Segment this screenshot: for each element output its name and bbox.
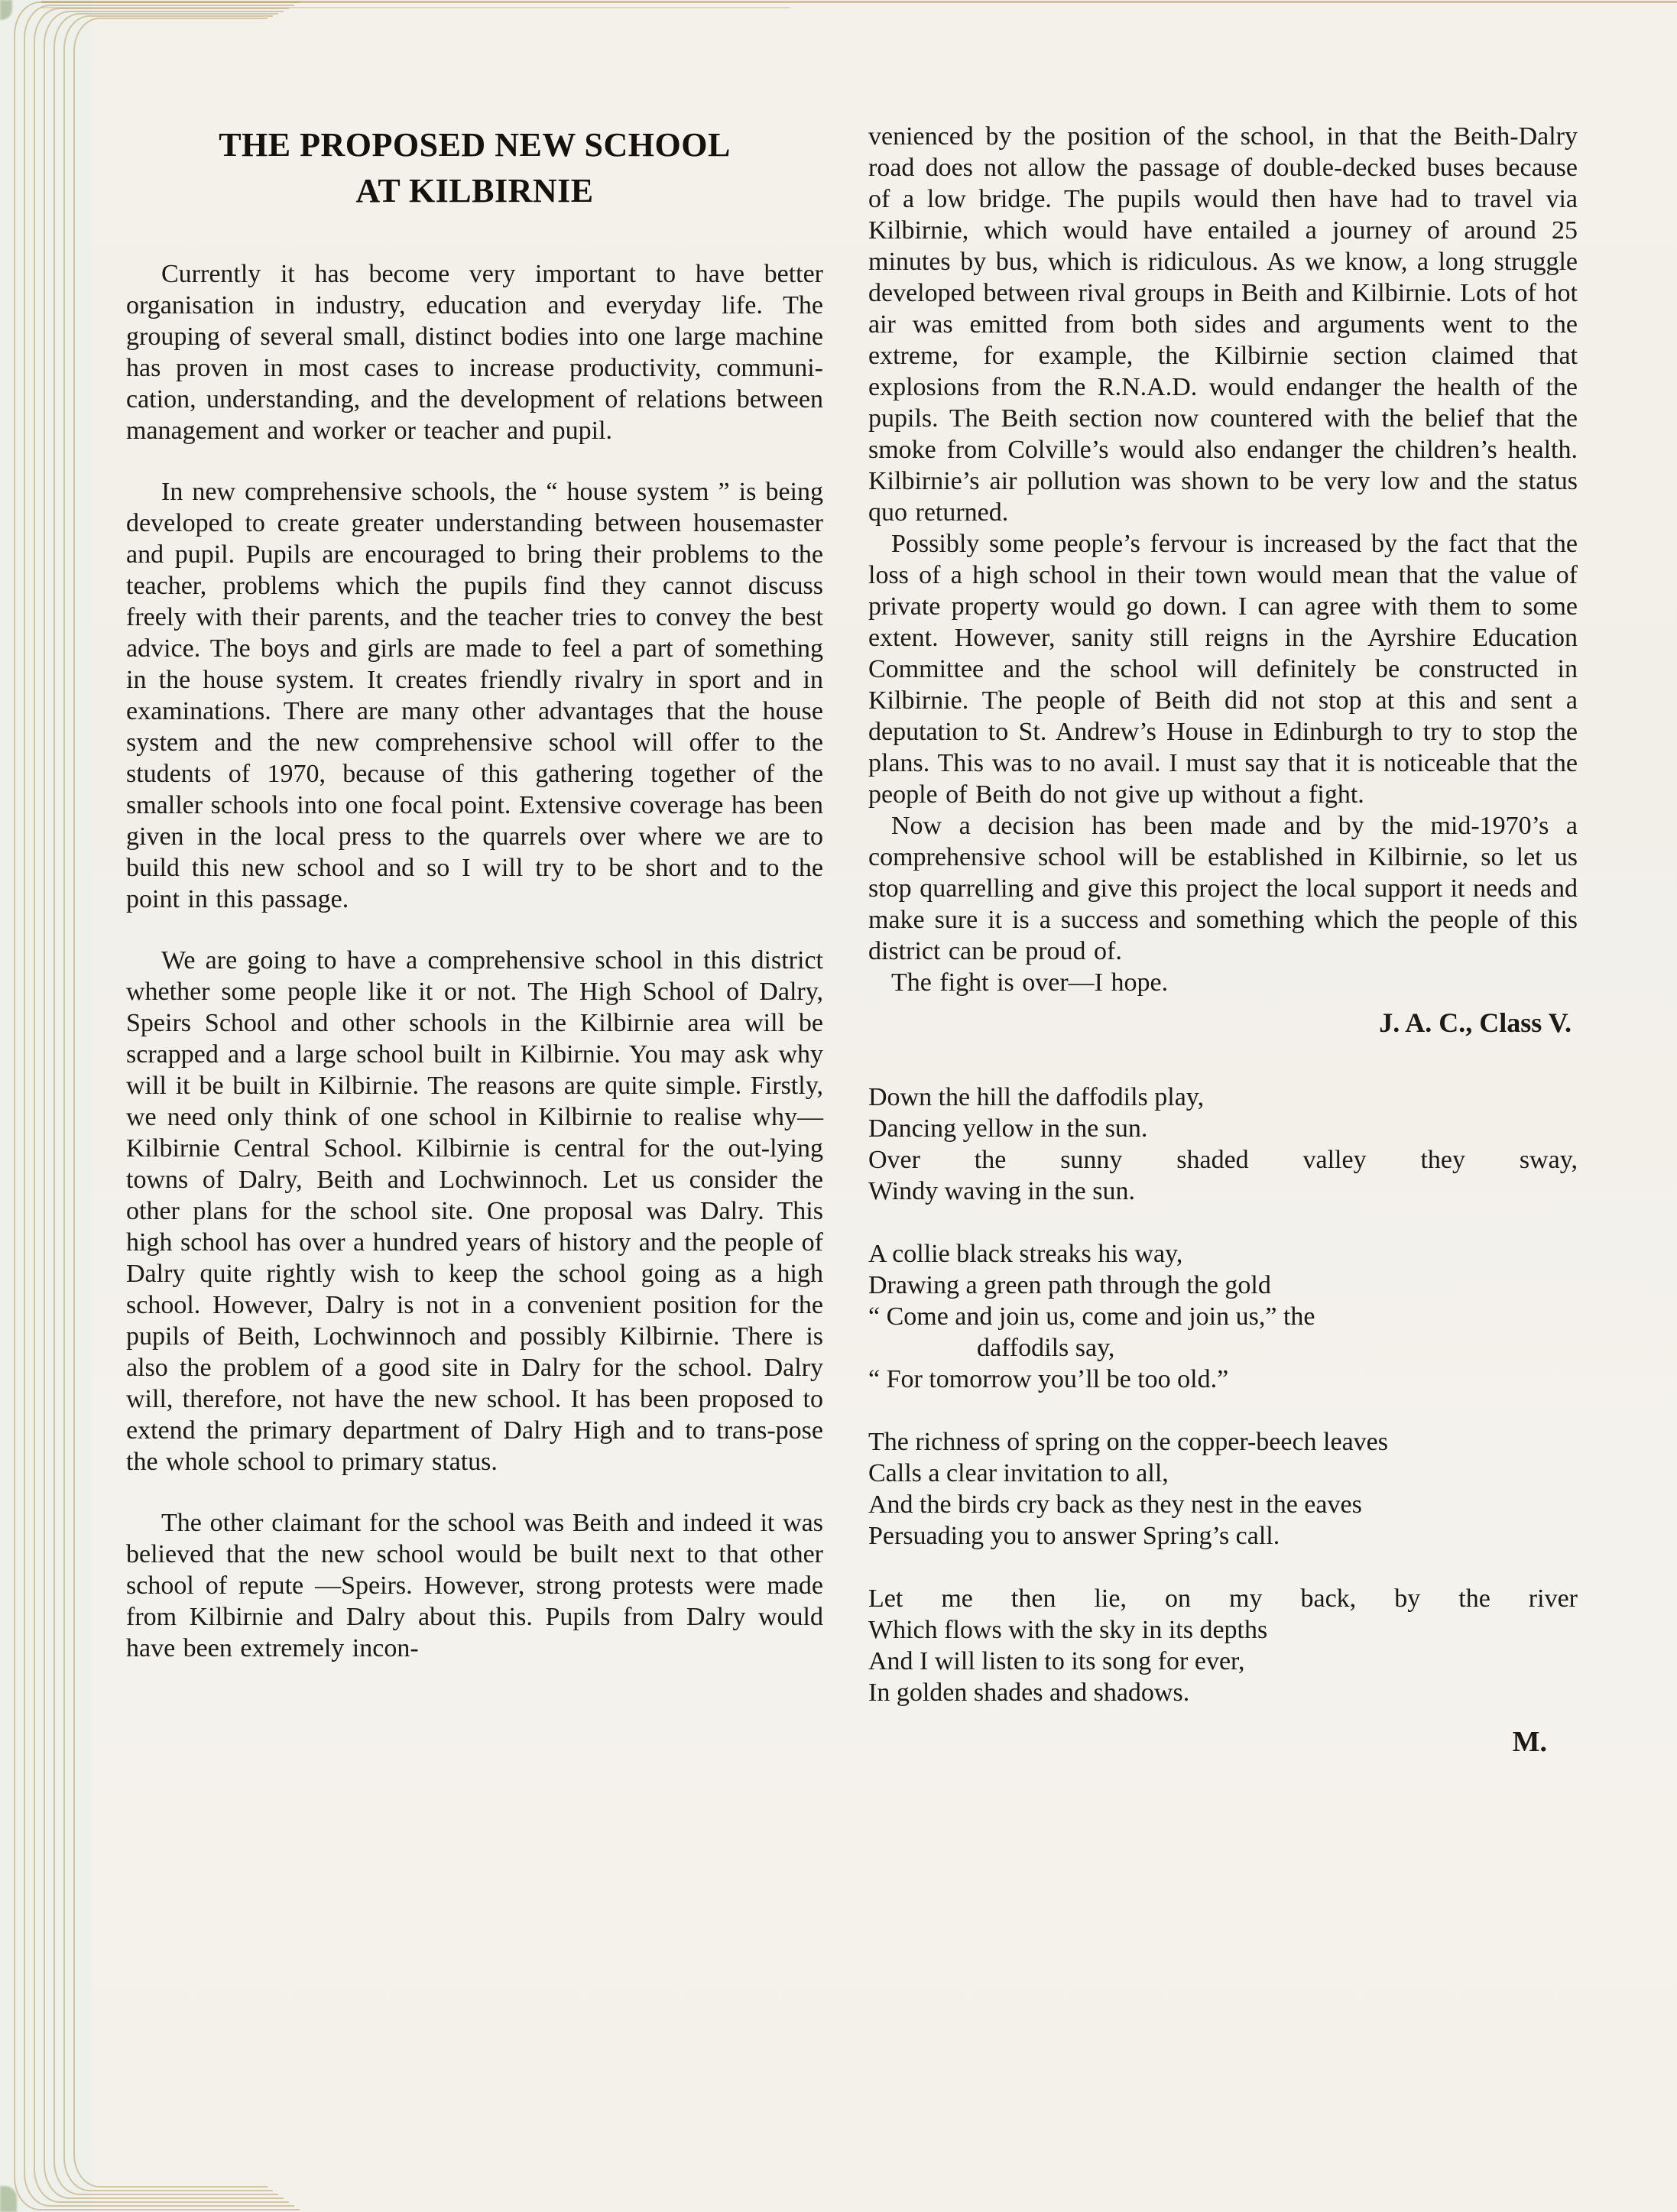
poem-line: And the birds cry back as they nest in t… (868, 1489, 1578, 1520)
poem-stanza-3: The richness of spring on the copper-bee… (868, 1426, 1578, 1552)
poem-line: “ Come and join us, come and join us,” t… (868, 1301, 1578, 1332)
poem-line: “ For tomorrow you’ll be too old.” (868, 1364, 1578, 1395)
poem-line: Which flows with the sky in its depths (868, 1614, 1578, 1646)
paragraph-comprehensive-school: We are going to have a comprehensive sch… (126, 945, 823, 1477)
title-line-1: THE PROPOSED NEW SCHOOL (219, 126, 731, 164)
paragraph-possibly: Possibly some people’s fervour is increa… (868, 528, 1578, 810)
paragraph-other-claimant: The other claimant for the school was Be… (126, 1507, 823, 1664)
paragraph-venienced: venienced by the position of the school,… (868, 121, 1578, 528)
poem-line: Windy waving in the sun. (868, 1176, 1578, 1207)
poem: Down the hill the daffodils play, Dancin… (868, 1082, 1578, 1758)
paragraph-house-system: In new comprehensive schools, the “ hous… (126, 476, 823, 915)
poem-line: Drawing a green path through the gold (868, 1270, 1578, 1301)
article-title: THE PROPOSED NEW SCHOOL AT KILBIRNIE (126, 122, 823, 214)
poem-line: Over the sunny shaded valley they sway, (868, 1144, 1578, 1176)
book-page: THE PROPOSED NEW SCHOOL AT KILBIRNIE Cur… (0, 0, 1677, 2212)
poem-line: Dancing yellow in the sun. (868, 1113, 1578, 1144)
poem-line: Persuading you to answer Spring’s call. (868, 1520, 1578, 1552)
page-top-edge-line (41, 1, 1677, 3)
article-byline: J. A. C., Class V. (868, 1007, 1572, 1039)
poem-line: Calls a clear invitation to all, (868, 1458, 1578, 1489)
poem-line: Down the hill the daffodils play, (868, 1082, 1578, 1113)
poem-line: The richness of spring on the copper-bee… (868, 1426, 1578, 1458)
closing-line: The fight is over—I hope. (868, 967, 1578, 998)
paragraph-currently: Currently it has become very important t… (126, 258, 823, 446)
page-top-edge-line-2 (41, 7, 790, 8)
right-column: venienced by the position of the school,… (868, 121, 1578, 1758)
paragraph-decision: Now a decision has been made and by the … (868, 810, 1578, 967)
book-outer-margin (0, 0, 92, 2212)
poem-line: A collie black streaks his way, (868, 1238, 1578, 1270)
left-column: THE PROPOSED NEW SCHOOL AT KILBIRNIE Cur… (126, 122, 823, 1664)
title-line-2: AT KILBIRNIE (355, 172, 593, 209)
poem-line: In golden shades and shadows. (868, 1677, 1578, 1708)
poem-line: Let me then lie, on my back, by the rive… (868, 1583, 1578, 1614)
poem-stanza-2: A collie black streaks his way, Drawing … (868, 1238, 1578, 1395)
poem-stanza-4: Let me then lie, on my back, by the rive… (868, 1583, 1578, 1708)
poem-line: daffodils say, (977, 1332, 1578, 1364)
poem-line: And I will listen to its song for ever, (868, 1646, 1578, 1677)
poem-byline: M. (868, 1727, 1578, 1758)
poem-stanza-1: Down the hill the daffodils play, Dancin… (868, 1082, 1578, 1207)
